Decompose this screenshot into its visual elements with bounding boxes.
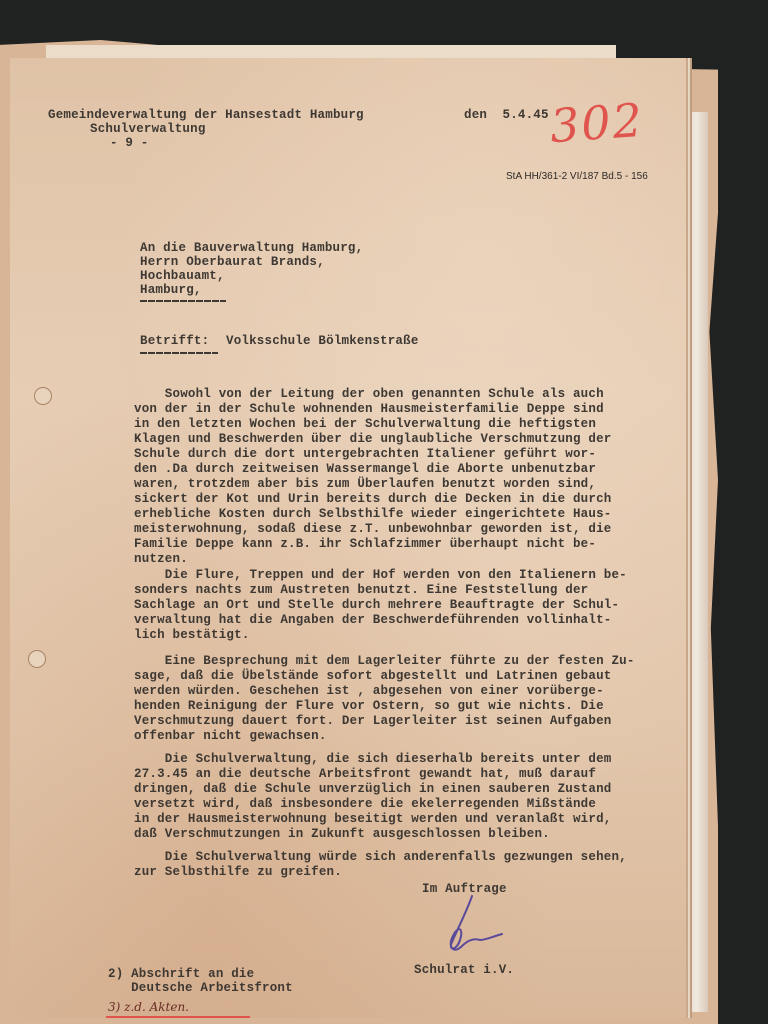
text-line: Die Flure, Treppen und der Hof werden vo… <box>134 568 627 583</box>
text-line: zur Selbsthilfe zu greifen. <box>134 865 342 880</box>
text-line: Die Schulverwaltung, die sich dieserhalb… <box>134 752 611 767</box>
archive-reference: StA HH/361-2 VI/187 Bd.5 - 156 <box>506 171 648 182</box>
text-line: sickert der Kot und Urin bereits durch d… <box>134 492 611 507</box>
text-line: Verschmutzung dauert fort. Der Lagerleit… <box>134 714 611 729</box>
text-line: verwaltung hat die Angaben der Beschwerd… <box>134 613 611 628</box>
text-line: 27.3.45 an die deutsche Arbeitsfront gew… <box>134 767 596 782</box>
sender-reference: - 9 - <box>110 136 149 151</box>
punch-hole-top <box>34 387 52 405</box>
sender-line-2: Schulverwaltung <box>90 122 206 137</box>
text-line: offenbar nicht gewachsen. <box>134 729 327 744</box>
text-line: Familie Deppe kann z.B. ihr Schlafzimmer… <box>134 537 596 552</box>
folio-number: 302 <box>548 93 645 153</box>
text-line: meisterwohnung, sodaß diese z.T. unbewoh… <box>134 522 611 537</box>
copy-note-line-1: 2) Abschrift an die <box>108 967 254 982</box>
text-line: Schule durch die dort untergebrachten It… <box>134 447 596 462</box>
punch-hole-bottom <box>28 650 46 668</box>
letter-page: Gemeindeverwaltung der Hansestadt Hambur… <box>10 58 686 1018</box>
text-line: nutzen. <box>134 552 188 567</box>
translucent-insert-strip <box>686 112 708 1012</box>
text-line: dringen, daß die Schule unverzüglich in … <box>134 782 611 797</box>
text-line: Klagen und Beschwerden über die unglaubl… <box>134 432 611 447</box>
text-line: Sachlage an Ort und Stelle durch mehrere… <box>134 598 619 613</box>
text-line: Eine Besprechung mit dem Lagerleiter füh… <box>134 654 635 669</box>
text-line: den .Da durch zeitweisen Wassermangel di… <box>134 462 596 477</box>
signature-icon <box>438 894 508 958</box>
copy-note-line-2: Deutsche Arbeitsfront <box>108 981 293 996</box>
text-line: von der in der Schule wohnenden Hausmeis… <box>134 402 604 417</box>
text-line: werden würden. Geschehen ist , abgesehen… <box>134 684 604 699</box>
red-pencil-underline <box>106 1016 250 1018</box>
recipient-line: Hamburg, <box>140 283 202 298</box>
text-line: waren, trotzdem aber bis zum Überlaufen … <box>134 477 596 492</box>
recipient-line: Herrn Oberbaurat Brands, <box>140 255 325 270</box>
subject-underline <box>140 352 218 354</box>
subject-label: Betrifft: <box>140 334 209 349</box>
text-line: Die Schulverwaltung würde sich anderenfa… <box>134 850 627 865</box>
text-line: henden Reinigung der Flure vor Ostern, s… <box>134 699 604 714</box>
handwritten-file-note: 3) z.d. Akten. <box>108 1000 189 1014</box>
text-line: erhebliche Kosten durch Selbsthilfe wied… <box>134 507 611 522</box>
recipient-line: An die Bauverwaltung Hamburg, <box>140 241 363 256</box>
text-line: in den letzten Wochen bei der Schulverwa… <box>134 417 596 432</box>
text-line: sonders nachts zum Austreten benutzt. Ei… <box>134 583 588 598</box>
signature-title: Schulrat i.V. <box>414 963 514 978</box>
recipient-line: Hochbauamt, <box>140 269 225 284</box>
text-line: versetzt wird, daß insbesondere die ekel… <box>134 797 596 812</box>
sender-line-1: Gemeindeverwaltung der Hansestadt Hambur… <box>48 108 364 123</box>
text-line: sage, daß die Übelstände sofort abgestel… <box>134 669 611 684</box>
recipient-underline <box>140 300 226 302</box>
text-line: lich bestätigt. <box>134 628 250 643</box>
letter-date: den 5.4.45 <box>464 108 549 123</box>
text-line: Sowohl von der Leitung der oben genannte… <box>134 387 604 402</box>
text-line: daß Verschmutzungen in Zukunft ausgeschl… <box>134 827 550 842</box>
subject-text: Volksschule Bölmkenstraße <box>226 334 419 349</box>
text-line: in der Hausmeisterwohnung beseitigt werd… <box>134 812 611 827</box>
